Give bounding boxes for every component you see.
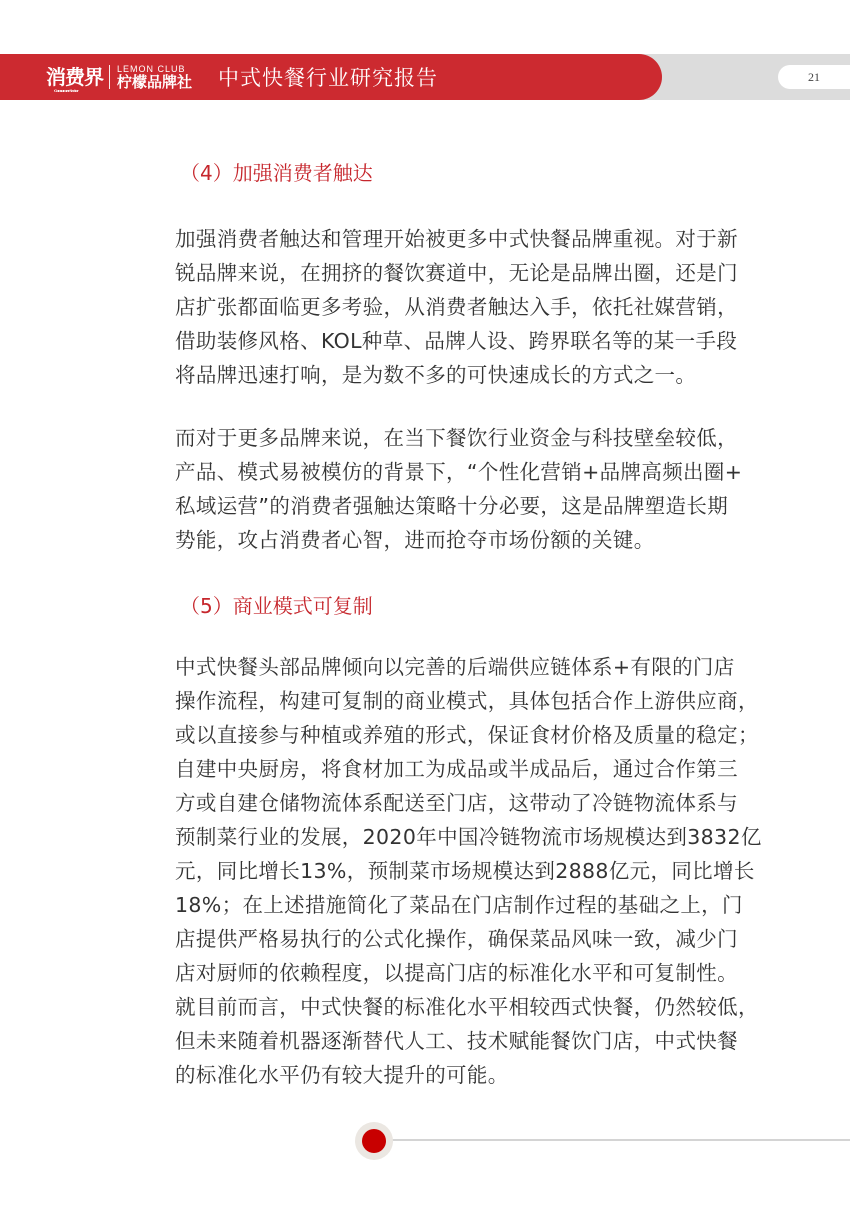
text-line: 借助装修风格、KOL种草、品牌人设、跨界联名等的某一手段	[175, 324, 785, 358]
report-title: 中式快餐行业研究报告	[218, 62, 438, 92]
paragraph-4-2: 而对于更多品牌来说，在当下餐饮行业资金与科技壁垒较低， 产品、模式易被模仿的背景…	[175, 421, 785, 557]
text-line: 18%；在上述措施简化了菜品在门店制作过程的基础之上，门	[175, 888, 785, 922]
text-line: 店扩张都面临更多考验，从消费者触达入手，依托社媒营销，	[175, 290, 785, 324]
logo-brand-subtext: Consumer Sector	[54, 89, 78, 93]
text-line: 店提供严格易执行的公式化操作，确保菜品风味一致，减少门	[175, 922, 785, 956]
text-line: 元，同比增长13%，预制菜市场规模达到2888亿元，同比增长	[175, 854, 785, 888]
text-line: 私域运营”的消费者强触达策略十分必要，这是品牌塑造长期	[175, 489, 785, 523]
text-line: 但未来随着机器逐渐替代人工、技术赋能餐饮门店，中式快餐	[175, 1024, 785, 1058]
logo-lemon-club: LEMON CLUB 柠檬品牌社	[117, 65, 192, 90]
page-number: 21	[778, 65, 850, 89]
text-line: 店对厨师的依赖程度，以提高门店的标准化水平和可复制性。	[175, 956, 785, 990]
text-line: 而对于更多品牌来说，在当下餐饮行业资金与科技壁垒较低，	[175, 421, 785, 455]
text-line: 自建中央厨房，将食材加工为成品或半成品后，通过合作第三	[175, 752, 785, 786]
paragraph-5-1: 中式快餐头部品牌倾向以完善的后端供应链体系+有限的门店 操作流程，构建可复制的商…	[175, 650, 785, 1092]
logo-club-cn: 柠檬品牌社	[117, 75, 192, 90]
text-line: 操作流程，构建可复制的商业模式，具体包括合作上游供应商，	[175, 684, 785, 718]
logo-brand-text: 消费界	[46, 65, 103, 89]
text-line: 中式快餐头部品牌倾向以完善的后端供应链体系+有限的门店	[175, 650, 785, 684]
text-line: 将品牌迅速打响，是为数不多的可快速成长的方式之一。	[175, 358, 785, 392]
footer-divider-line	[388, 1139, 850, 1141]
section-heading-5: （5）商业模式可复制	[180, 590, 373, 619]
text-line: 或以直接参与种植或养殖的形式，保证食材价格及质量的稳定；	[175, 718, 785, 752]
text-line: 加强消费者触达和管理开始被更多中式快餐品牌重视。对于新	[175, 222, 785, 256]
logo-consumer-sector: 消费界 Consumer Sector	[46, 67, 103, 87]
footer-dot-icon	[362, 1129, 386, 1153]
section-heading-4: （4）加强消费者触达	[180, 157, 373, 186]
text-line: 产品、模式易被模仿的背景下，“个性化营销+品牌高频出圈+	[175, 455, 785, 489]
text-line: 势能，攻占消费者心智，进而抢夺市场份额的关键。	[175, 523, 785, 557]
header-red-banner: 消费界 Consumer Sector LEMON CLUB 柠檬品牌社 中式快…	[0, 54, 662, 100]
text-line: 锐品牌来说，在拥挤的餐饮赛道中，无论是品牌出圈，还是门	[175, 256, 785, 290]
text-line: 方或自建仓储物流体系配送至门店，这带动了冷链物流体系与	[175, 786, 785, 820]
text-line: 就目前而言，中式快餐的标准化水平相较西式快餐，仍然较低，	[175, 990, 785, 1024]
text-line: 预制菜行业的发展，2020年中国冷链物流市场规模达到3832亿	[175, 820, 785, 854]
paragraph-4-1: 加强消费者触达和管理开始被更多中式快餐品牌重视。对于新 锐品牌来说，在拥挤的餐饮…	[175, 222, 785, 392]
text-line: 的标准化水平仍有较大提升的可能。	[175, 1058, 785, 1092]
logo-divider	[109, 65, 110, 89]
